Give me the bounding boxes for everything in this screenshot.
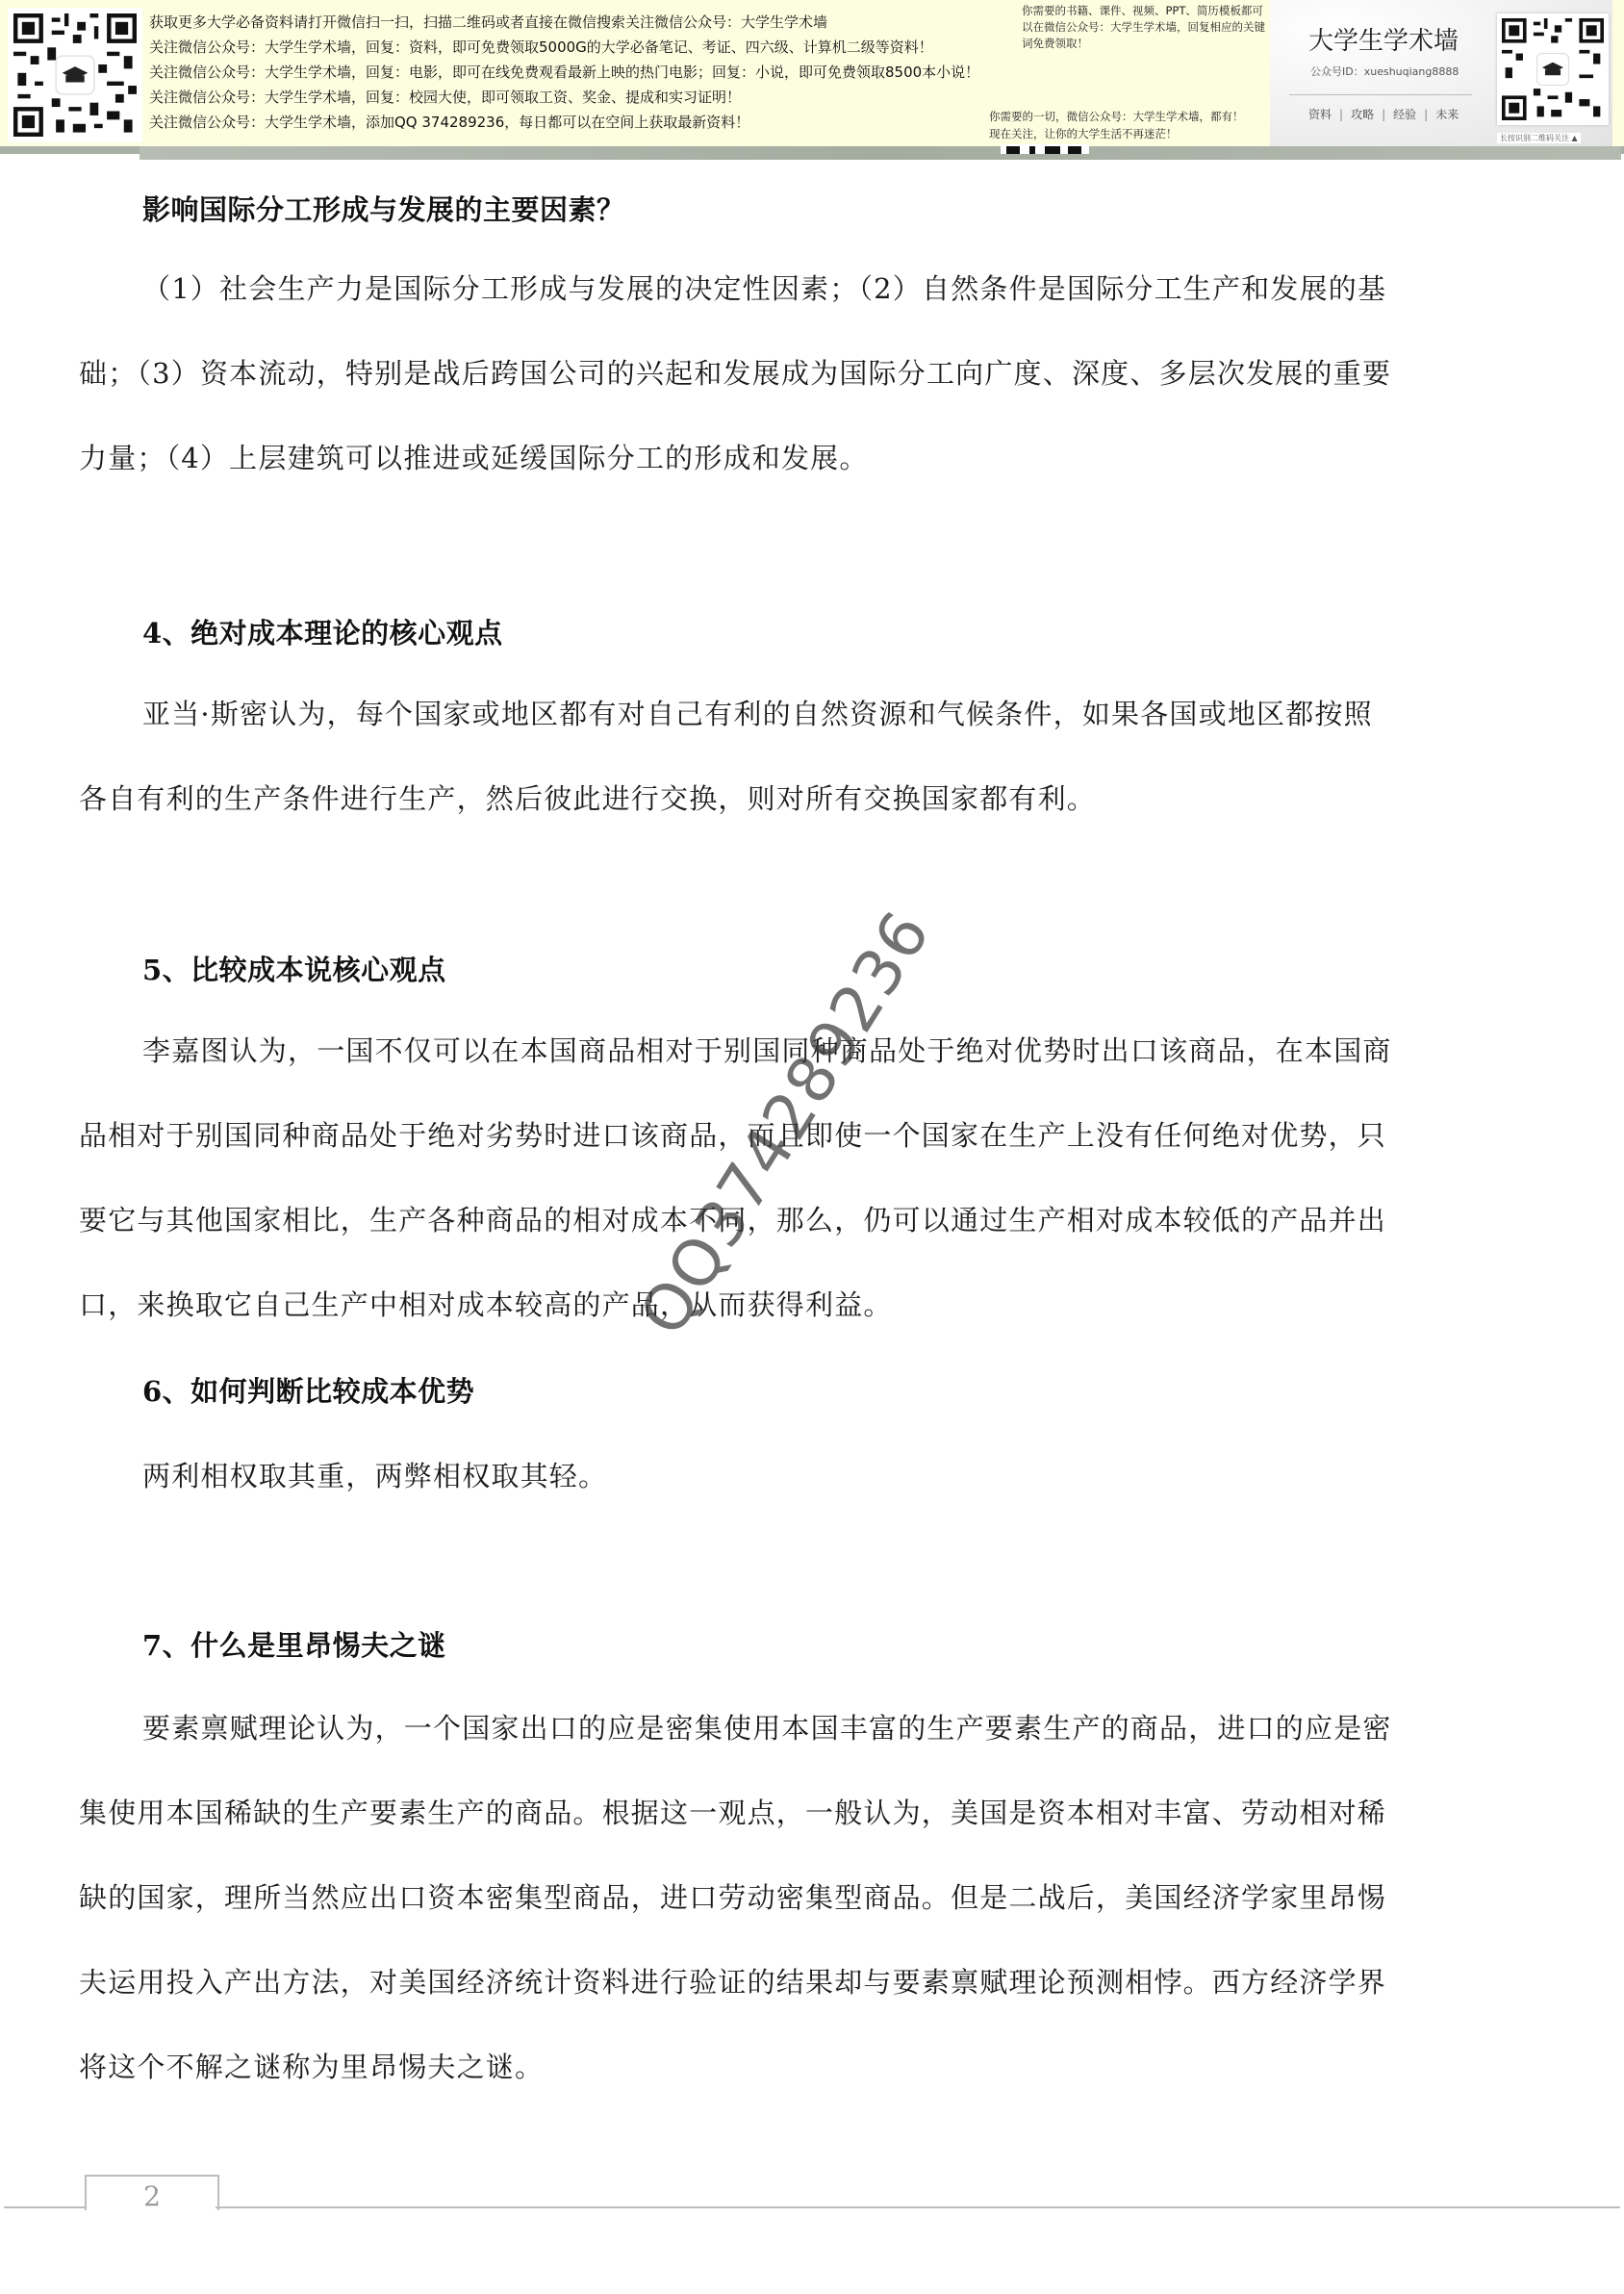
qr-caption: 长按识别二维码关注 ▲ [1497, 133, 1581, 143]
card-divider [1289, 94, 1472, 95]
section-heading-5: 5、比较成本说核心观点 [142, 949, 446, 988]
text-line: 力量；（4）上层建筑可以推进或延缓国际分工的形成和发展。 [79, 416, 1541, 500]
text-line: 缺的国家，理所当然应出口资本密集型商品，进口劳动密集型商品。但是二战后，美国经济… [79, 1855, 1541, 1940]
qr-code-icon [13, 13, 137, 137]
qr-code-icon [1502, 18, 1604, 120]
footer-rule-right [216, 2206, 1620, 2208]
paragraph-4: 亚当·斯密认为，每个国家或地区都有对自己有利的自然资源和气候条件，如果各国或地区… [79, 672, 1541, 841]
text-line: 亚当·斯密认为，每个国家或地区都有对自己有利的自然资源和气候条件，如果各国或地区… [79, 672, 1541, 756]
text-line: 将这个不解之谜称为里昂惕夫之谜。 [79, 2025, 1541, 2109]
banner-cropped-graphic [1001, 144, 1089, 154]
banner-bottom-texture [140, 146, 1621, 160]
account-id: 公众号ID：xueshuqiang8888 [1310, 64, 1459, 79]
banner-note-line: 现在关注，让你的大学生活不再迷茫！ [989, 125, 1278, 142]
text-line: （1）社会生产力是国际分工形成与发展的决定性因素；（2）自然条件是国际分工生产和… [79, 246, 1541, 331]
text-line: 口，来换取它自己生产中相对成本较高的产品，从而获得利益。 [79, 1262, 1541, 1347]
text-line: 集使用本国稀缺的生产要素生产的商品。根据这一观点，一般认为，美国是资本相对丰富、… [79, 1771, 1541, 1855]
banner-line: 关注微信公众号：大学生学术墙，添加QQ 374289236，每日都可以在空间上获… [149, 110, 1015, 135]
banner-line: 关注微信公众号：大学生学术墙，回复：校园大使，即可领取工资、奖金、提成和实习证明… [149, 85, 1015, 110]
section-heading-factors: 影响国际分工形成与发展的主要因素？ [142, 189, 625, 228]
card-link-materials[interactable]: 资料 [1308, 108, 1332, 121]
paragraph-6: 两利相权取其重，两弊相权取其轻。 [142, 1455, 607, 1494]
promo-banner: 获取更多大学必备资料请打开微信扫一扫，扫描二维码或者直接在微信搜索关注微信公众号… [0, 0, 1624, 154]
banner-line: 关注微信公众号：大学生学术墙，回复：资料，即可免费领取5000G的大学必备笔记、… [149, 35, 1015, 60]
card-links: 资料|攻略|经验|未来 [1308, 106, 1459, 122]
banner-note-top: 你需要的书籍、课件、视频、PPT、简历模板都可以在微信公众号：大学生学术墙，回复… [1022, 3, 1272, 52]
section-heading-4: 4、绝对成本理论的核心观点 [142, 612, 503, 651]
page-number-tab: 2 [85, 2175, 219, 2210]
section-heading-6: 6、如何判断比较成本优势 [142, 1370, 474, 1410]
card-link-guides[interactable]: 攻略 [1351, 108, 1374, 121]
page-number: 2 [87, 2180, 217, 2212]
banner-promo-lines: 获取更多大学必备资料请打开微信扫一扫，扫描二维码或者直接在微信搜索关注微信公众号… [149, 10, 1015, 135]
banner-note-line: 你需要的一切，微信公众号：大学生学术墙，都有！ [989, 108, 1278, 125]
banner-line: 获取更多大学必备资料请打开微信扫一扫，扫描二维码或者直接在微信搜索关注微信公众号… [149, 10, 1015, 35]
paragraph-factors: （1）社会生产力是国际分工形成与发展的决定性因素；（2）自然条件是国际分工生产和… [79, 246, 1541, 500]
paragraph-7: 要素禀赋理论认为，一个国家出口的应是密集使用本国丰富的生产要素生产的商品，进口的… [79, 1686, 1541, 2109]
qr-code-left[interactable] [8, 8, 142, 142]
section-heading-7: 7、什么是里昂惕夫之谜 [142, 1624, 446, 1664]
text-line: 础；（3）资本流动，特别是战后跨国公司的兴起和发展成为国际分工向广度、深度、多层… [79, 331, 1541, 416]
text-line: 要素禀赋理论认为，一个国家出口的应是密集使用本国丰富的生产要素生产的商品，进口的… [79, 1686, 1541, 1771]
account-card: 大学生学术墙 公众号ID：xueshuqiang8888 资料|攻略|经验|未来 [1270, 0, 1612, 146]
banner-line: 关注微信公众号：大学生学术墙，回复：电影，即可在线免费观看最新上映的热门电影；回… [149, 60, 1015, 85]
card-link-experience[interactable]: 经验 [1393, 108, 1416, 121]
account-name: 大学生学术墙 [1308, 21, 1459, 57]
card-link-future[interactable]: 未来 [1435, 108, 1459, 121]
footer-rule-left [4, 2206, 87, 2208]
text-line: 要它与其他国家相比，生产各种商品的相对成本不同，那么，仍可以通过生产相对成本较低… [79, 1178, 1541, 1262]
banner-note-bottom: 你需要的一切，微信公众号：大学生学术墙，都有！ 现在关注，让你的大学生活不再迷茫… [989, 108, 1278, 142]
qr-code-right[interactable] [1497, 13, 1609, 125]
text-line: 夫运用投入产出方法，对美国经济统计资料进行验证的结果却与要素禀赋理论预测相悖。西… [79, 1940, 1541, 2025]
text-line: 各自有利的生产条件进行生产，然后彼此进行交换，则对所有交换国家都有利。 [79, 756, 1541, 841]
